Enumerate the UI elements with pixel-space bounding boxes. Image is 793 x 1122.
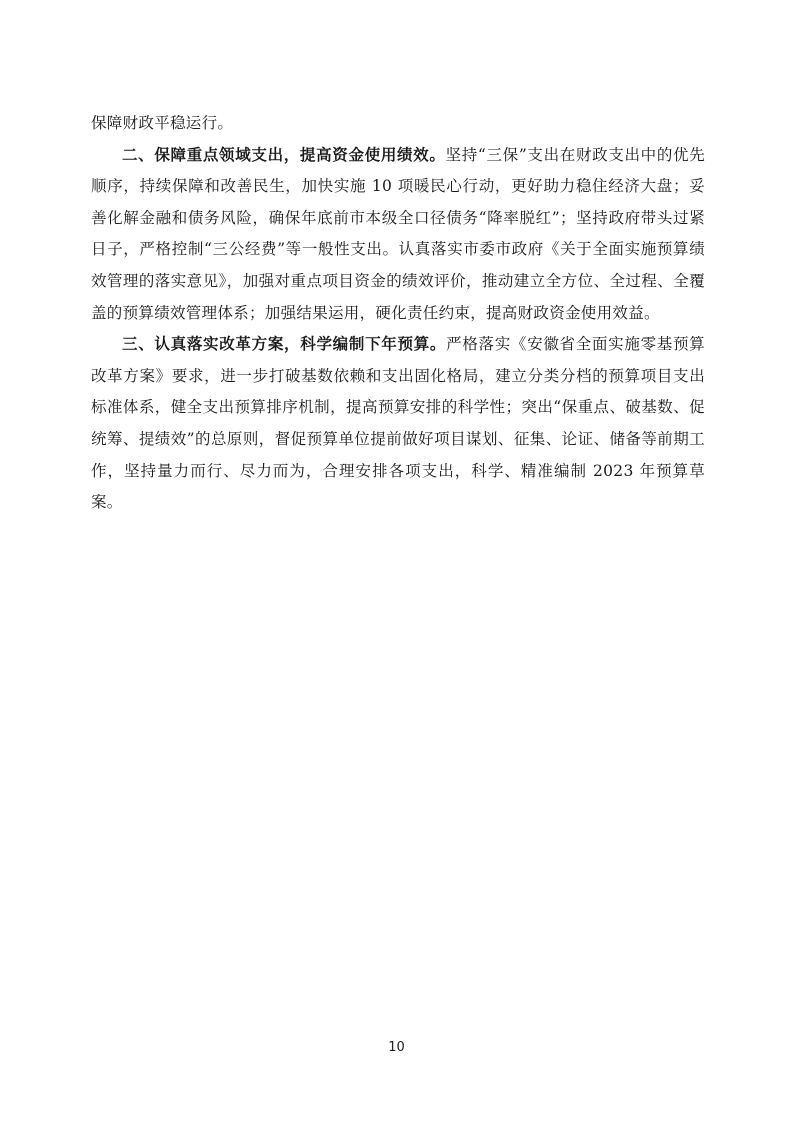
section-heading: 三、认真落实改革方案，科学编制下年预算。: [122, 335, 446, 353]
page-number: 10: [0, 1040, 793, 1055]
paragraph-continuation: 保障财政平稳运行。: [91, 108, 705, 140]
document-page: 保障财政平稳运行。 二、保障重点领域支出，提高资金使用绩效。坚持“三保”支出在财…: [0, 0, 793, 1122]
paragraph-section-2: 二、保障重点领域支出，提高资金使用绩效。坚持“三保”支出在财政支出中的优先顺序，…: [91, 140, 705, 330]
document-body: 保障财政平稳运行。 二、保障重点领域支出，提高资金使用绩效。坚持“三保”支出在财…: [91, 108, 705, 519]
paragraph-text: 坚持“三保”支出在财政支出中的优先顺序，持续保障和改善民生，加快实施 10 项暖…: [91, 146, 705, 322]
paragraph-text: 严格落实《安徽省全面实施零基预算改革方案》要求，进一步打破基数依赖和支出固化格局…: [91, 335, 705, 511]
section-heading: 二、保障重点领域支出，提高资金使用绩效。: [122, 146, 446, 164]
paragraph-section-3: 三、认真落实改革方案，科学编制下年预算。严格落实《安徽省全面实施零基预算改革方案…: [91, 329, 705, 519]
paragraph-text: 保障财政平稳运行。: [91, 114, 233, 132]
